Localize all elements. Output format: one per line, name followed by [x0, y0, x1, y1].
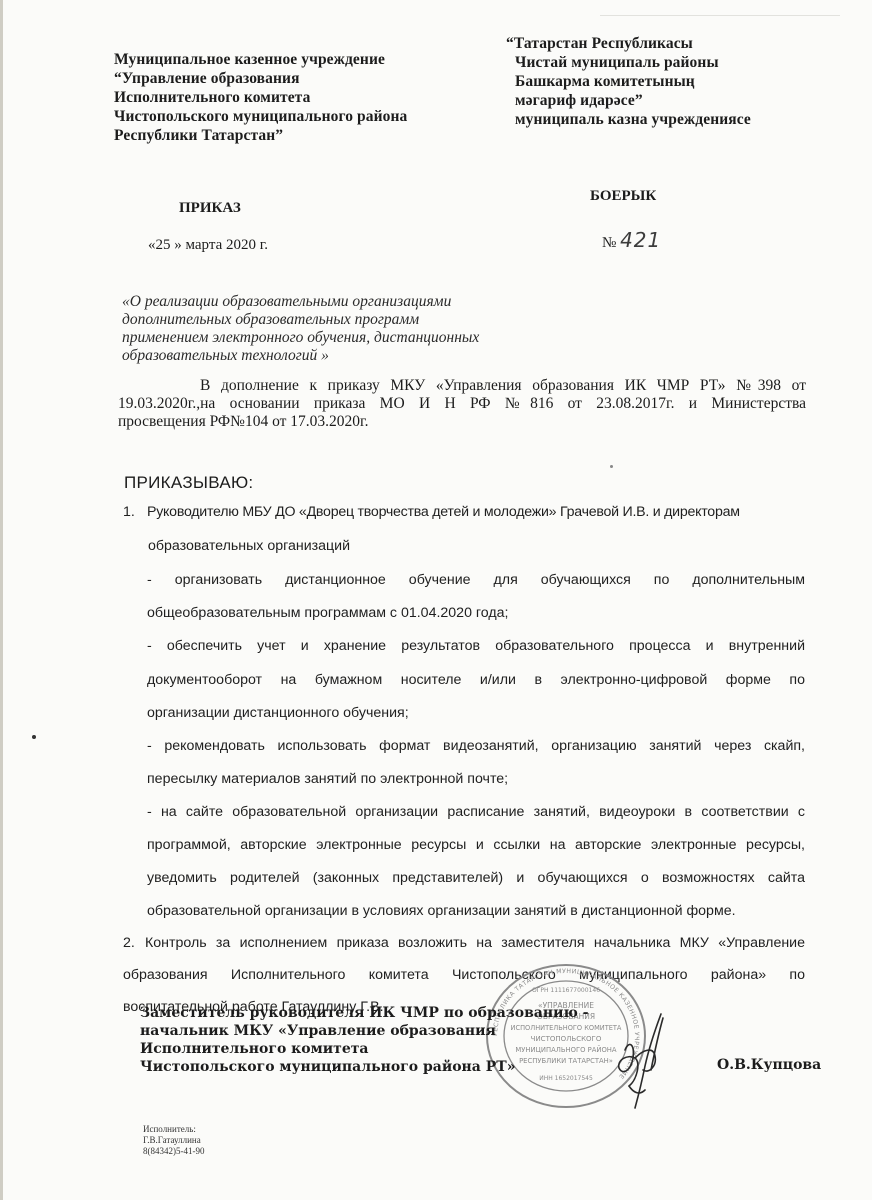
header-left-line: “Управление образования: [114, 69, 407, 88]
signer-position-line: Исполнительного комитета: [140, 1040, 589, 1058]
number-label: №: [602, 235, 616, 251]
signer-position-line: начальник МКУ «Управление образования: [140, 1022, 589, 1040]
item-line: пересылку материалов занятий по электрон…: [147, 771, 508, 787]
doc-subject: «О реализации образовательными организац…: [122, 293, 479, 365]
header-left-institution: Муниципальное казенное учреждение “Управ…: [114, 50, 407, 145]
executor-info: Исполнитель: Г.В.Гатауллина 8(84342)5-41…: [143, 1124, 205, 1157]
executor-name: Г.В.Гатауллина: [143, 1135, 205, 1146]
doc-type-ru: ПРИКАЗ: [179, 200, 241, 217]
item-line: образовательных организаций: [148, 538, 350, 554]
item-line: - рекомендовать использовать формат виде…: [147, 738, 805, 754]
item-line: уведомить родителей (законных представит…: [147, 870, 805, 886]
header-right-line: “Татарстан Республикасы: [506, 34, 751, 53]
item-line: документооборот на бумажном носителе и/и…: [147, 672, 805, 688]
item-line: организации дистанционного обучения;: [147, 705, 409, 721]
scan-artifact-line: [600, 15, 840, 16]
header-left-line: Исполнительного комитета: [114, 88, 407, 107]
intro-line: В дополнение к приказу МКУ «Управления о…: [200, 377, 806, 395]
item-line: - на сайте образовательной организации р…: [147, 804, 805, 820]
item-line: - обеспечить учет и хранение результатов…: [147, 638, 805, 654]
item-line: общеобразовательным программам с 01.04.2…: [147, 605, 508, 621]
executor-phone: 8(84342)5-41-90: [143, 1146, 205, 1157]
subject-line: дополнительных образовательных программ: [122, 311, 479, 329]
handwritten-number: 421: [620, 228, 661, 252]
item-number: 2.: [123, 935, 135, 951]
doc-date: «25 » марта 2020 г.: [148, 237, 268, 254]
doc-number: № 421: [602, 228, 661, 252]
handwritten-signature: [605, 1010, 685, 1120]
header-left-line: Муниципальное казенное учреждение: [114, 50, 407, 69]
header-right-line: Башкарма комитетының: [506, 72, 751, 91]
item-line: образовательной организации в условиях о…: [147, 903, 736, 919]
item-line: программой, авторские электронные ресурс…: [147, 837, 805, 853]
item-line: - организовать дистанционное обучение дл…: [147, 572, 805, 588]
header-left-line: Чистопольского муниципального района: [114, 107, 407, 126]
header-left-line: Республики Татарстан”: [114, 126, 407, 145]
intro-line: 19.03.2020г.,на основании приказа МО И Н…: [118, 395, 806, 413]
item-number: 1.: [123, 504, 135, 520]
item-line: Контроль за исполнением приказа возложит…: [145, 935, 805, 951]
intro-line: просвещения РФ№104 от 17.03.2020г.: [118, 413, 369, 431]
header-right-institution: “Татарстан Республикасы Чистай муниципал…: [506, 34, 751, 129]
doc-type-tt: БОЕРЫК: [590, 188, 656, 205]
svg-text:ОГРН 1111677000146: ОГРН 1111677000146: [532, 987, 600, 994]
item-line: Руководителю МБУ ДО «Дворец творчества д…: [147, 504, 740, 520]
subject-line: применением электронного обучения, диста…: [122, 329, 479, 347]
executor-label: Исполнитель:: [143, 1124, 205, 1135]
item-line: образования Исполнительного комитета Чис…: [123, 967, 805, 983]
scan-page-edge: [0, 0, 3, 1200]
scan-speck: [32, 735, 36, 739]
subject-line: образовательных технологий »: [122, 347, 479, 365]
signer-position-line: Чистопольского муниципального района РТ»: [140, 1058, 589, 1076]
signer-position-line: Заместитель руководителя ИК ЧМР по образ…: [140, 1004, 589, 1022]
header-right-line: Чистай муниципаль районы: [506, 53, 751, 72]
signature-block: Заместитель руководителя ИК ЧМР по образ…: [140, 1004, 589, 1076]
scan-speck: [610, 465, 613, 468]
signer-name: О.В.Купцова: [717, 1057, 821, 1073]
subject-line: «О реализации образовательными организац…: [122, 293, 479, 311]
svg-text:ИНН 1652017545: ИНН 1652017545: [539, 1075, 593, 1082]
header-right-line: мәгариф идарәсе”: [506, 91, 751, 110]
header-right-line: муниципаль казна учреждениясе: [506, 110, 751, 129]
order-word: ПРИКАЗЫВАЮ:: [124, 473, 253, 493]
